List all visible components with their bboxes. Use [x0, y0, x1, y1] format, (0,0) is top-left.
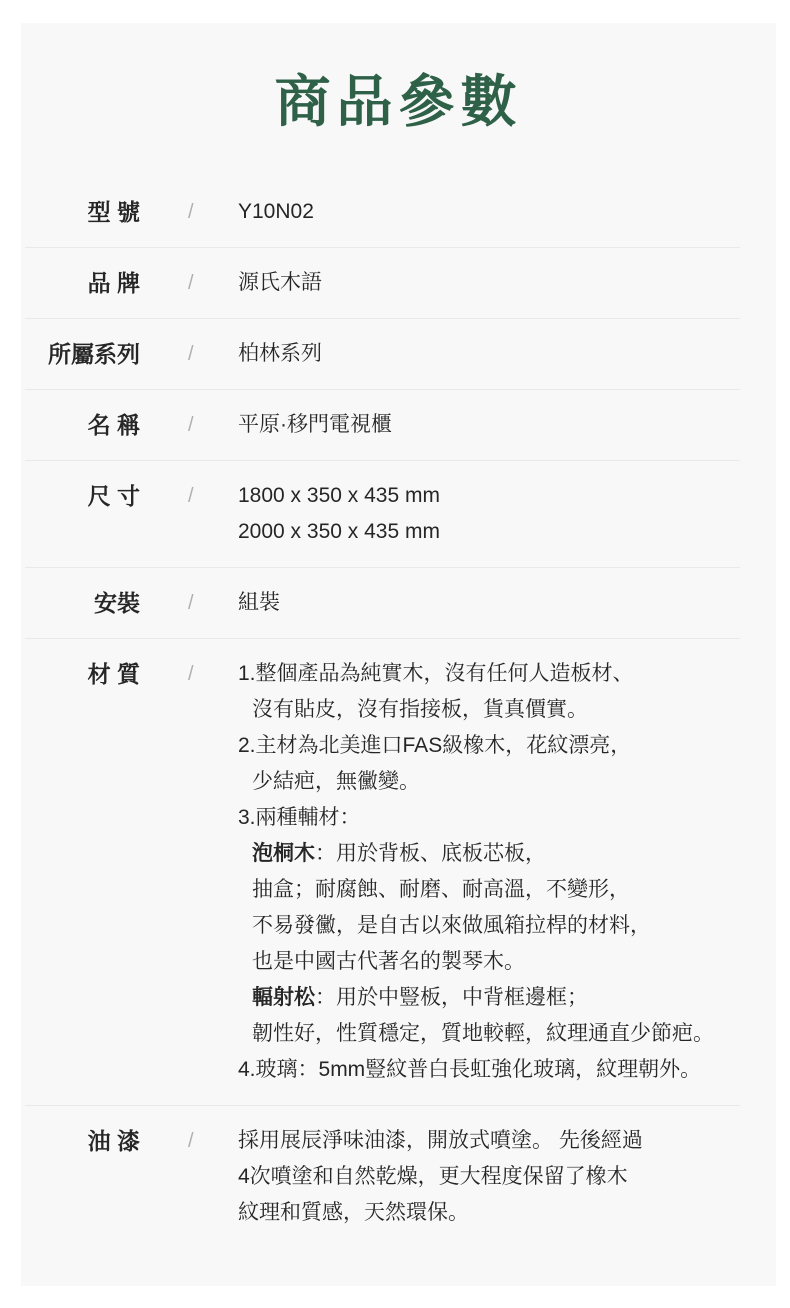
slash-separator: / [140, 656, 238, 1088]
name-value: 平原·移門電視櫃 [238, 407, 762, 443]
material-line: 不易發黴，是自古以來做風箱拉桿的材料， [238, 908, 762, 944]
slash-separator: / [140, 194, 238, 230]
slash-separator: / [140, 407, 238, 443]
paint-line: 採用展辰淨味油漆，開放式噴塗。 先後經過 [238, 1123, 762, 1159]
model-value: Y10N02 [238, 194, 762, 230]
slash-separator: / [140, 1123, 238, 1231]
size-value-line2: 2000 x 350 x 435 mm [238, 514, 762, 550]
spec-value-install: 組裝 [238, 585, 776, 621]
brand-value: 源氏木語 [238, 265, 762, 301]
page-title: 商品參數 [21, 23, 776, 133]
material-submaterial-name: 輻射松 [252, 986, 315, 1009]
spec-label-material: 材 質 [21, 656, 140, 1088]
spec-label-size: 尺 寸 [21, 478, 140, 550]
spec-value-size: 1800 x 350 x 435 mm 2000 x 350 x 435 mm [238, 478, 776, 550]
material-line: 抽盒；耐腐蝕、耐磨、耐高溫，不變形， [238, 872, 762, 908]
slash-separator: / [140, 336, 238, 372]
spec-label-name: 名 稱 [21, 407, 140, 443]
material-line: 1.整個產品為純實木，沒有任何人造板材、 [238, 656, 762, 692]
spec-row-install: 安裝 / 組裝 [21, 568, 776, 638]
material-line: 也是中國古代著名的製琴木。 [238, 944, 762, 980]
size-value-line1: 1800 x 350 x 435 mm [238, 478, 762, 514]
spec-value-name: 平原·移門電視櫃 [238, 407, 776, 443]
install-value: 組裝 [238, 585, 762, 621]
material-line: 2.主材為北美進口FAS級橡木，花紋漂亮， [238, 728, 762, 764]
spec-row-brand: 品 牌 / 源氏木語 [21, 248, 776, 318]
paint-line: 4次噴塗和自然乾燥，更大程度保留了橡木 [238, 1159, 762, 1195]
spec-row-size: 尺 寸 / 1800 x 350 x 435 mm 2000 x 350 x 4… [21, 461, 776, 567]
spec-row-series: 所屬系列 / 柏林系列 [21, 319, 776, 389]
series-value: 柏林系列 [238, 336, 762, 372]
slash-separator: / [140, 478, 238, 550]
spec-card: 商品參數 型 號 / Y10N02 品 牌 / 源氏木語 所屬系列 / 柏林系列 [21, 23, 776, 1286]
material-line: 泡桐木：用於背板、底板芯板， [238, 836, 762, 872]
product-parameters-page: 商品參數 型 號 / Y10N02 品 牌 / 源氏木語 所屬系列 / 柏林系列 [0, 0, 790, 1308]
material-line: 韌性好，性質穩定，質地較輕，紋理通直少節疤。 [238, 1016, 762, 1052]
spec-label-brand: 品 牌 [21, 265, 140, 301]
spec-label-model: 型 號 [21, 194, 140, 230]
material-line: 少結疤，無黴變。 [238, 764, 762, 800]
spec-value-model: Y10N02 [238, 194, 776, 230]
material-line: 沒有貼皮，沒有指接板，貨真價實。 [238, 692, 762, 728]
spec-value-brand: 源氏木語 [238, 265, 776, 301]
spec-label-paint: 油 漆 [21, 1123, 140, 1231]
material-line-text: ：用於背板、底板芯板， [315, 842, 546, 865]
spec-row-model: 型 號 / Y10N02 [21, 177, 776, 247]
material-line: 3.兩種輔材： [238, 800, 762, 836]
spec-value-series: 柏林系列 [238, 336, 776, 372]
material-line: 4.玻璃：5mm豎紋普白長虹強化玻璃，紋理朝外。 [238, 1052, 762, 1088]
material-submaterial-name: 泡桐木 [252, 842, 315, 865]
spec-value-material: 1.整個產品為純實木，沒有任何人造板材、 沒有貼皮，沒有指接板，貨真價實。 2.… [238, 656, 776, 1088]
slash-separator: / [140, 265, 238, 301]
material-line: 輻射松：用於中豎板，中背框邊框； [238, 980, 762, 1016]
spec-value-paint: 採用展辰淨味油漆，開放式噴塗。 先後經過 4次噴塗和自然乾燥，更大程度保留了橡木… [238, 1123, 776, 1231]
spec-row-paint: 油 漆 / 採用展辰淨味油漆，開放式噴塗。 先後經過 4次噴塗和自然乾燥，更大程… [21, 1106, 776, 1248]
spec-row-name: 名 稱 / 平原·移門電視櫃 [21, 390, 776, 460]
paint-line: 紋理和質感，天然環保。 [238, 1195, 762, 1231]
spec-row-material: 材 質 / 1.整個產品為純實木，沒有任何人造板材、 沒有貼皮，沒有指接板，貨真… [21, 639, 776, 1105]
slash-separator: / [140, 585, 238, 621]
material-line-text: ：用於中豎板，中背框邊框； [315, 986, 588, 1009]
spec-label-install: 安裝 [21, 585, 140, 621]
spec-label-series: 所屬系列 [21, 336, 140, 372]
